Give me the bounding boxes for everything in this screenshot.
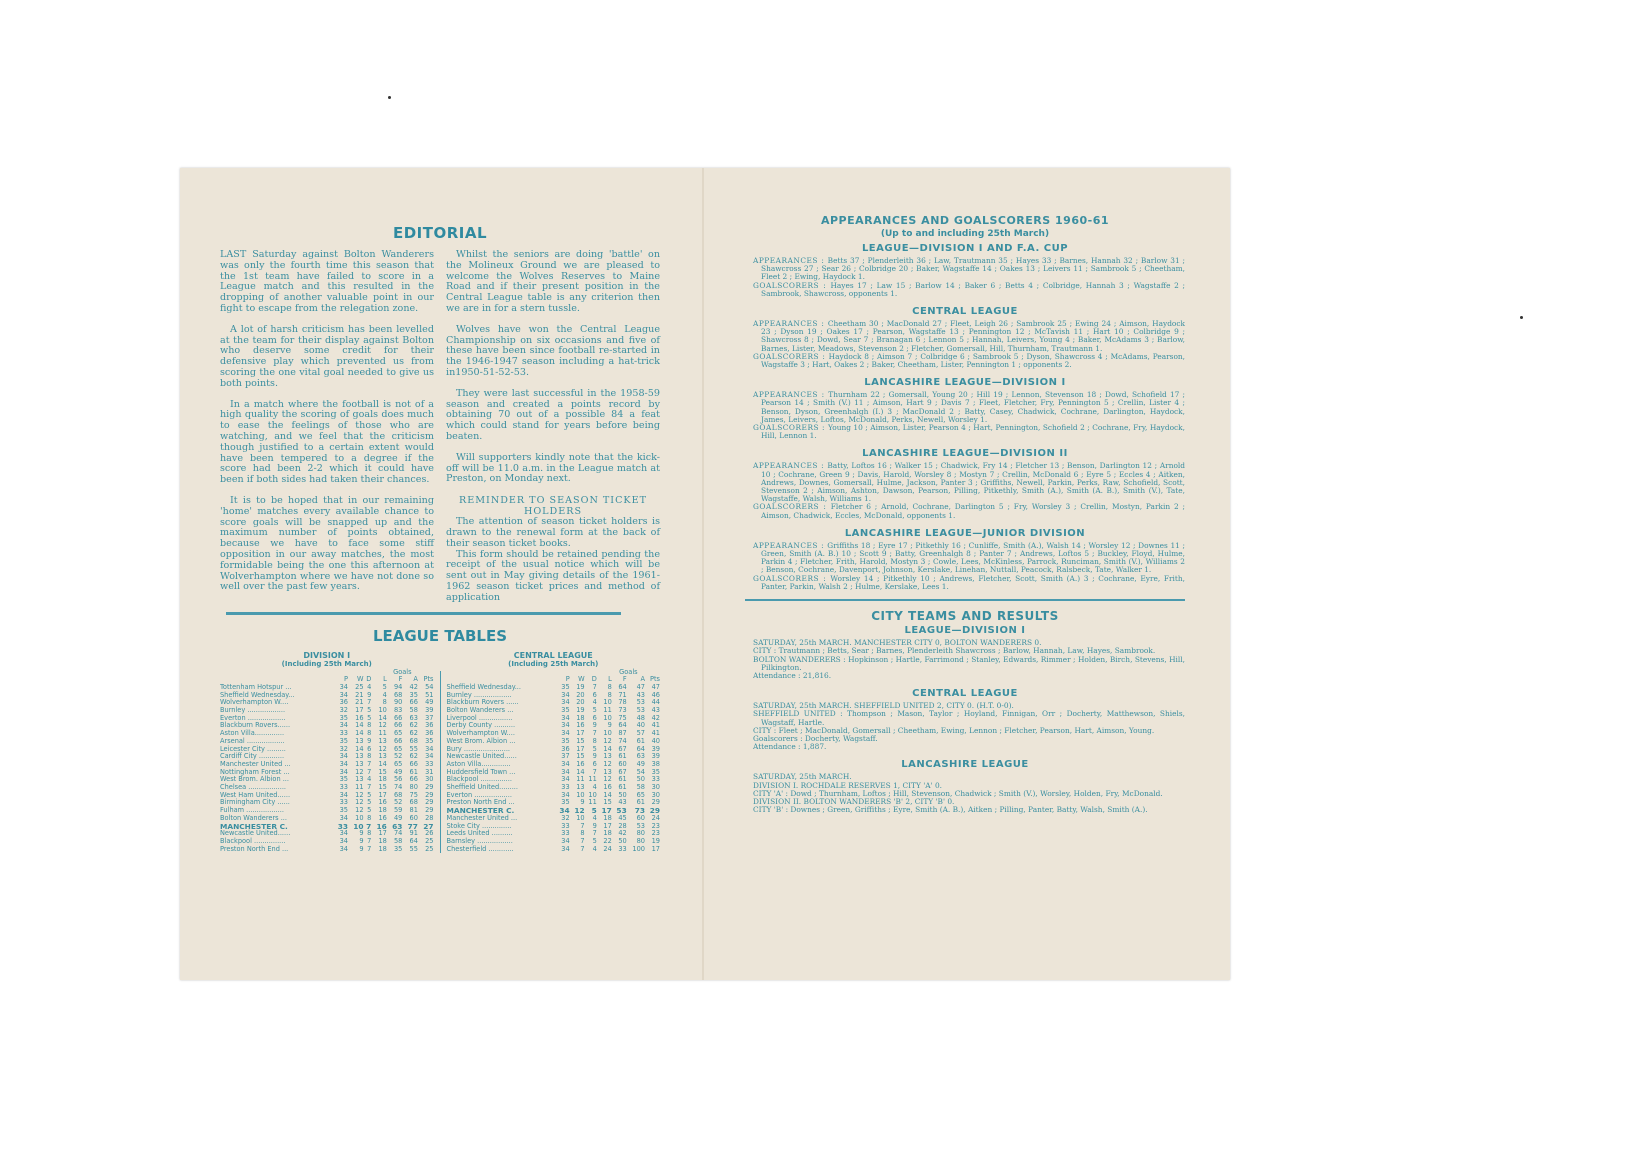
stat-cell: 17: [645, 846, 660, 854]
stat-cell: 34: [555, 846, 570, 854]
central-league-table: CENTRAL LEAGUE (Including 25th March) Go…: [447, 651, 661, 854]
reminder-paragraph: This form should be retained pending the…: [446, 550, 660, 604]
editorial-paragraph: Wolves have won the Central League Champ…: [446, 325, 660, 379]
editorial-title: EDITORIAL: [220, 224, 660, 242]
editorial-columns: LAST Saturday against Bolton Wanderers w…: [220, 250, 660, 604]
appearances-entry: APPEARANCES : Betts 37 ; Plenderleith 36…: [753, 257, 1185, 282]
stat-cell: 7: [570, 846, 585, 854]
editorial-paragraph: Will supporters kindly note that the kic…: [446, 453, 660, 485]
appearances-entry: APPEARANCES : Batty, Loftos 16 ; Walker …: [753, 462, 1185, 503]
result-line: SHEFFIELD UNITED : Thompson ; Mason, Tay…: [753, 710, 1185, 726]
reminder-paragraph: The attention of season ticket holders i…: [446, 517, 660, 549]
editorial-paragraph: Whilst the seniors are doing 'battle' on…: [446, 250, 660, 315]
appearances-label: APPEARANCES :: [753, 390, 828, 399]
appearances-section-title: LANCASHIRE LEAGUE—DIVISION II: [745, 448, 1185, 459]
appearances-label: APPEARANCES :: [753, 319, 828, 328]
city-section-title: CENTRAL LEAGUE: [745, 688, 1185, 699]
editorial-paragraph: A lot of harsh criticism has been levell…: [220, 325, 434, 390]
stat-cell: 25: [418, 846, 434, 854]
paper-speck: [388, 96, 391, 99]
appearances-section-title: LEAGUE—DIVISION I AND F.A. CUP: [745, 243, 1185, 254]
city-section-title: LANCASHIRE LEAGUE: [745, 759, 1185, 770]
page-fold: [702, 168, 704, 980]
goalscorers-entry: GOALSCORERS : Worsley 14 ; Pitkethly 10 …: [753, 575, 1185, 591]
header-cell: [447, 669, 555, 677]
right-page: APPEARANCES AND GOALSCORERS 1960-61 (Up …: [745, 214, 1185, 814]
goalscorers-label: GOALSCORERS :: [753, 281, 830, 290]
appearances-entry: APPEARANCES : Thurnham 22 ; Gomersall, Y…: [753, 391, 1185, 424]
programme-sheet: EDITORIAL LAST Saturday against Bolton W…: [180, 168, 1230, 980]
table-row: Preston North End ...349718355525: [220, 846, 434, 854]
central-title: CENTRAL LEAGUE: [447, 651, 661, 660]
result-line: CITY 'B' : Downes ; Green, Griffiths ; E…: [753, 806, 1185, 814]
division1-subtitle: (Including 25th March): [220, 660, 434, 668]
city-section-title: LEAGUE—DIVISION I: [745, 625, 1185, 636]
appearances-entry: APPEARANCES : Cheetham 30 ; MacDonald 27…: [753, 320, 1185, 353]
goalscorers-label: GOALSCORERS :: [753, 502, 831, 511]
editorial-paragraph: They were last successful in the 1958-59…: [446, 389, 660, 443]
league-tables: DIVISION I (Including 25th March) GoalsP…: [220, 651, 660, 854]
editorial-paragraph: In a match where the football is not of …: [220, 400, 434, 486]
appearances-title: APPEARANCES AND GOALSCORERS 1960-61: [745, 214, 1185, 227]
team-name: Preston North End ...: [220, 846, 332, 854]
editorial-column-1: LAST Saturday against Bolton Wanderers w…: [220, 250, 434, 604]
goalscorers-entry: GOALSCORERS : Hayes 17 ; Law 15 ; Barlow…: [753, 282, 1185, 298]
reminder-title: REMINDER TO SEASON TICKET HOLDERS: [446, 495, 660, 517]
table-divider: [440, 671, 441, 854]
appearances-label: APPEARANCES :: [753, 541, 827, 550]
result-line: Attendance : 21,816.: [753, 672, 1185, 680]
section-divider: [745, 599, 1185, 601]
stat-cell: 9: [348, 846, 364, 854]
stat-cell: 34: [332, 846, 348, 854]
league-tables-title: LEAGUE TABLES: [220, 627, 660, 645]
header-cell: [220, 669, 332, 677]
stat-cell: 55: [402, 846, 418, 854]
city-teams-title: CITY TEAMS AND RESULTS: [745, 609, 1185, 623]
left-page: EDITORIAL LAST Saturday against Bolton W…: [220, 224, 660, 853]
goalscorers-entry: GOALSCORERS : Fletcher 6 ; Arnold, Cochr…: [753, 503, 1185, 519]
appearances-sections: LEAGUE—DIVISION I AND F.A. CUPAPPEARANCE…: [745, 243, 1185, 591]
stat-cell: 7: [364, 846, 372, 854]
goalscorers-label: GOALSCORERS :: [753, 423, 828, 432]
appearances-label: APPEARANCES :: [753, 461, 827, 470]
division1-table: DIVISION I (Including 25th March) GoalsP…: [220, 651, 434, 854]
appearances-section-title: LANCASHIRE LEAGUE—JUNIOR DIVISION: [745, 528, 1185, 539]
editorial-paragraph: It is to be hoped that in our remaining …: [220, 496, 434, 593]
stat-cell: 24: [597, 846, 612, 854]
editorial-column-2: Whilst the seniors are doing 'battle' on…: [446, 250, 660, 604]
goalscorers-entry: GOALSCORERS : Young 10 ; Aimson, Lister,…: [753, 424, 1185, 440]
goalscorers-label: GOALSCORERS :: [753, 574, 830, 583]
appearances-label: APPEARANCES :: [753, 256, 828, 265]
paper-speck: [1520, 316, 1523, 319]
appearances-entry: APPEARANCES : Griffiths 18 ; Eyre 17 ; P…: [753, 542, 1185, 575]
appearances-subtitle: (Up to and including 25th March): [745, 229, 1185, 239]
result-line: Attendance : 1,887.: [753, 743, 1185, 751]
appearances-section-title: LANCASHIRE LEAGUE—DIVISION I: [745, 377, 1185, 388]
goalscorers-label: GOALSCORERS :: [753, 352, 829, 361]
stat-cell: 18: [371, 846, 387, 854]
goalscorers-entry: GOALSCORERS : Haydock 8 ; Aimson 7 ; Col…: [753, 353, 1185, 369]
section-divider: [226, 612, 621, 615]
editorial-paragraph: LAST Saturday against Bolton Wanderers w…: [220, 250, 434, 315]
table-row: Chesterfield ............3474243310017: [447, 846, 661, 854]
team-name: Chesterfield ............: [447, 846, 555, 854]
central-subtitle: (Including 25th March): [447, 660, 661, 668]
appearances-section-title: CENTRAL LEAGUE: [745, 306, 1185, 317]
division1-title: DIVISION I: [220, 651, 434, 660]
stat-cell: 35: [387, 846, 403, 854]
result-line: BOLTON WANDERERS : Hopkinson ; Hartle, F…: [753, 656, 1185, 672]
stat-cell: 33: [612, 846, 627, 854]
stat-cell: 4: [585, 846, 597, 854]
city-teams-sections: LEAGUE—DIVISION ISATURDAY, 25th MARCH. M…: [745, 625, 1185, 814]
stat-cell: 100: [627, 846, 645, 854]
